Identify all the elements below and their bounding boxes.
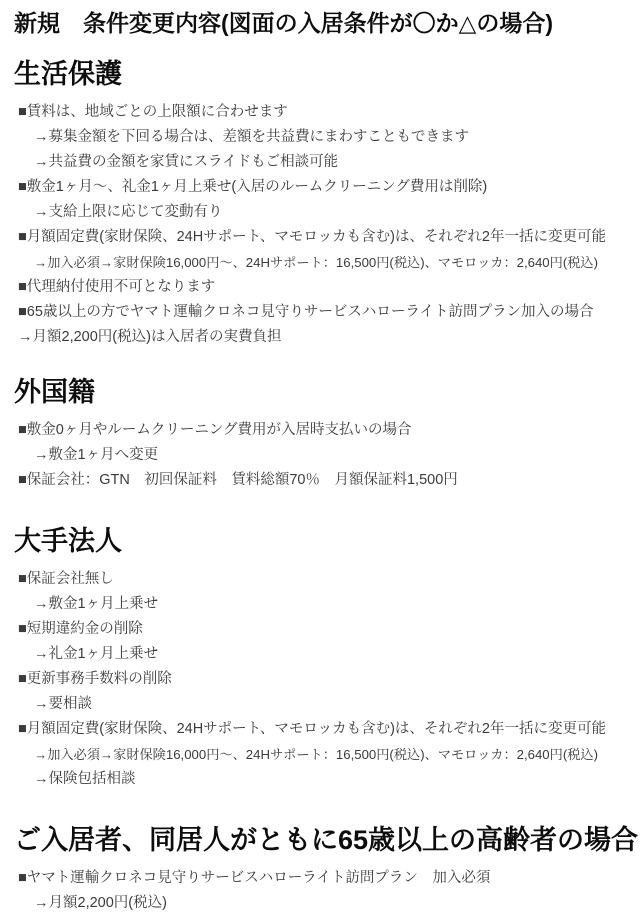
bullet-line: ■敷金0ヶ月やルームクリーニング費用が入居時支払いの場合 bbox=[18, 418, 637, 443]
arrow-line: →礼金1ヶ月上乗せ bbox=[18, 642, 637, 667]
arrow-line: →加入必須→家財保険16,000円～、24Hサポート：16,500円(税込)、マ… bbox=[18, 742, 637, 767]
section-lines: ■敷金0ヶ月やルームクリーニング費用が入居時支払いの場合→敷金1ヶ月へ変更■保証… bbox=[14, 418, 637, 493]
arrow-line: →月額2,200円(税込) bbox=[18, 891, 637, 916]
bullet-line: ■敷金1ヶ月～、礼金1ヶ月上乗せ(入居のルームクリーニング費用は削除) bbox=[18, 175, 637, 200]
section-4: ご入居者、同居人がともに65歳以上の高齢者の場合■ヤマト運輸クロネコ見守りサービ… bbox=[14, 824, 637, 916]
arrow-line: →募集金額を下回る場合は、差額を共益費にまわすこともできます bbox=[18, 125, 637, 150]
bullet-line: ■月額固定費(家財保険、24Hサポート、マモロッカも含む)は、それぞれ2年一括に… bbox=[18, 225, 637, 250]
arrow-line: →共益費の金額を家賃にスライドもご相談可能 bbox=[18, 150, 637, 175]
bullet-line: ■保証会社：GTN 初回保証料 賃料総額70％ 月額保証料1,500円 bbox=[18, 468, 637, 493]
arrow-line: →支給上限に応じて変動有り bbox=[18, 200, 637, 225]
bullet-line: ■ヤマト運輸クロネコ見守りサービスハローライト訪問プラン 加入必須 bbox=[18, 866, 637, 891]
bullet-line: ■保証会社無し bbox=[18, 567, 637, 592]
section-lines: ■保証会社無し→敷金1ヶ月上乗せ■短期違約金の削除→礼金1ヶ月上乗せ■更新事務手… bbox=[14, 567, 637, 792]
page-title: 新規 条件変更内容(図面の入居条件が〇か△の場合) bbox=[14, 8, 637, 38]
bullet-line: ■賃料は、地域ごとの上限額に合わせます bbox=[18, 100, 637, 125]
section-heading: ご入居者、同居人がともに65歳以上の高齢者の場合 bbox=[14, 824, 637, 856]
document: 新規 条件変更内容(図面の入居条件が〇か△の場合) 生活保護■賃料は、地域ごとの… bbox=[0, 0, 643, 916]
arrow-line: →加入必須→家財保険16,000円～、24Hサポート：16,500円(税込)、マ… bbox=[18, 250, 637, 275]
arrow-line: →要相談 bbox=[18, 692, 637, 717]
arrow-line: →月額2,200円(税込)は入居者の実費負担 bbox=[18, 325, 637, 350]
arrow-line: →敷金1ヶ月へ変更 bbox=[18, 443, 637, 468]
sections: 生活保護■賃料は、地域ごとの上限額に合わせます→募集金額を下回る場合は、差額を共… bbox=[14, 58, 637, 916]
section-heading: 生活保護 bbox=[14, 58, 637, 90]
section-lines: ■ヤマト運輸クロネコ見守りサービスハローライト訪問プラン 加入必須→月額2,20… bbox=[14, 866, 637, 916]
section-3: 大手法人■保証会社無し→敷金1ヶ月上乗せ■短期違約金の削除→礼金1ヶ月上乗せ■更… bbox=[14, 525, 637, 792]
arrow-line: →保険包括相談 bbox=[18, 767, 637, 792]
bullet-line: ■月額固定費(家財保険、24Hサポート、マモロッカも含む)は、それぞれ2年一括に… bbox=[18, 717, 637, 742]
bullet-line: ■代理納付使用不可となります bbox=[18, 275, 637, 300]
bullet-line: ■更新事務手数料の削除 bbox=[18, 667, 637, 692]
section-2: 外国籍■敷金0ヶ月やルームクリーニング費用が入居時支払いの場合→敷金1ヶ月へ変更… bbox=[14, 376, 637, 493]
section-lines: ■賃料は、地域ごとの上限額に合わせます→募集金額を下回る場合は、差額を共益費にま… bbox=[14, 100, 637, 350]
section-heading: 外国籍 bbox=[14, 376, 637, 408]
arrow-line: →敷金1ヶ月上乗せ bbox=[18, 592, 637, 617]
section-heading: 大手法人 bbox=[14, 525, 637, 557]
section-1: 生活保護■賃料は、地域ごとの上限額に合わせます→募集金額を下回る場合は、差額を共… bbox=[14, 58, 637, 350]
bullet-line: ■短期違約金の削除 bbox=[18, 617, 637, 642]
bullet-line: ■65歳以上の方でヤマト運輸クロネコ見守りサービスハローライト訪問プラン加入の場… bbox=[18, 300, 637, 325]
